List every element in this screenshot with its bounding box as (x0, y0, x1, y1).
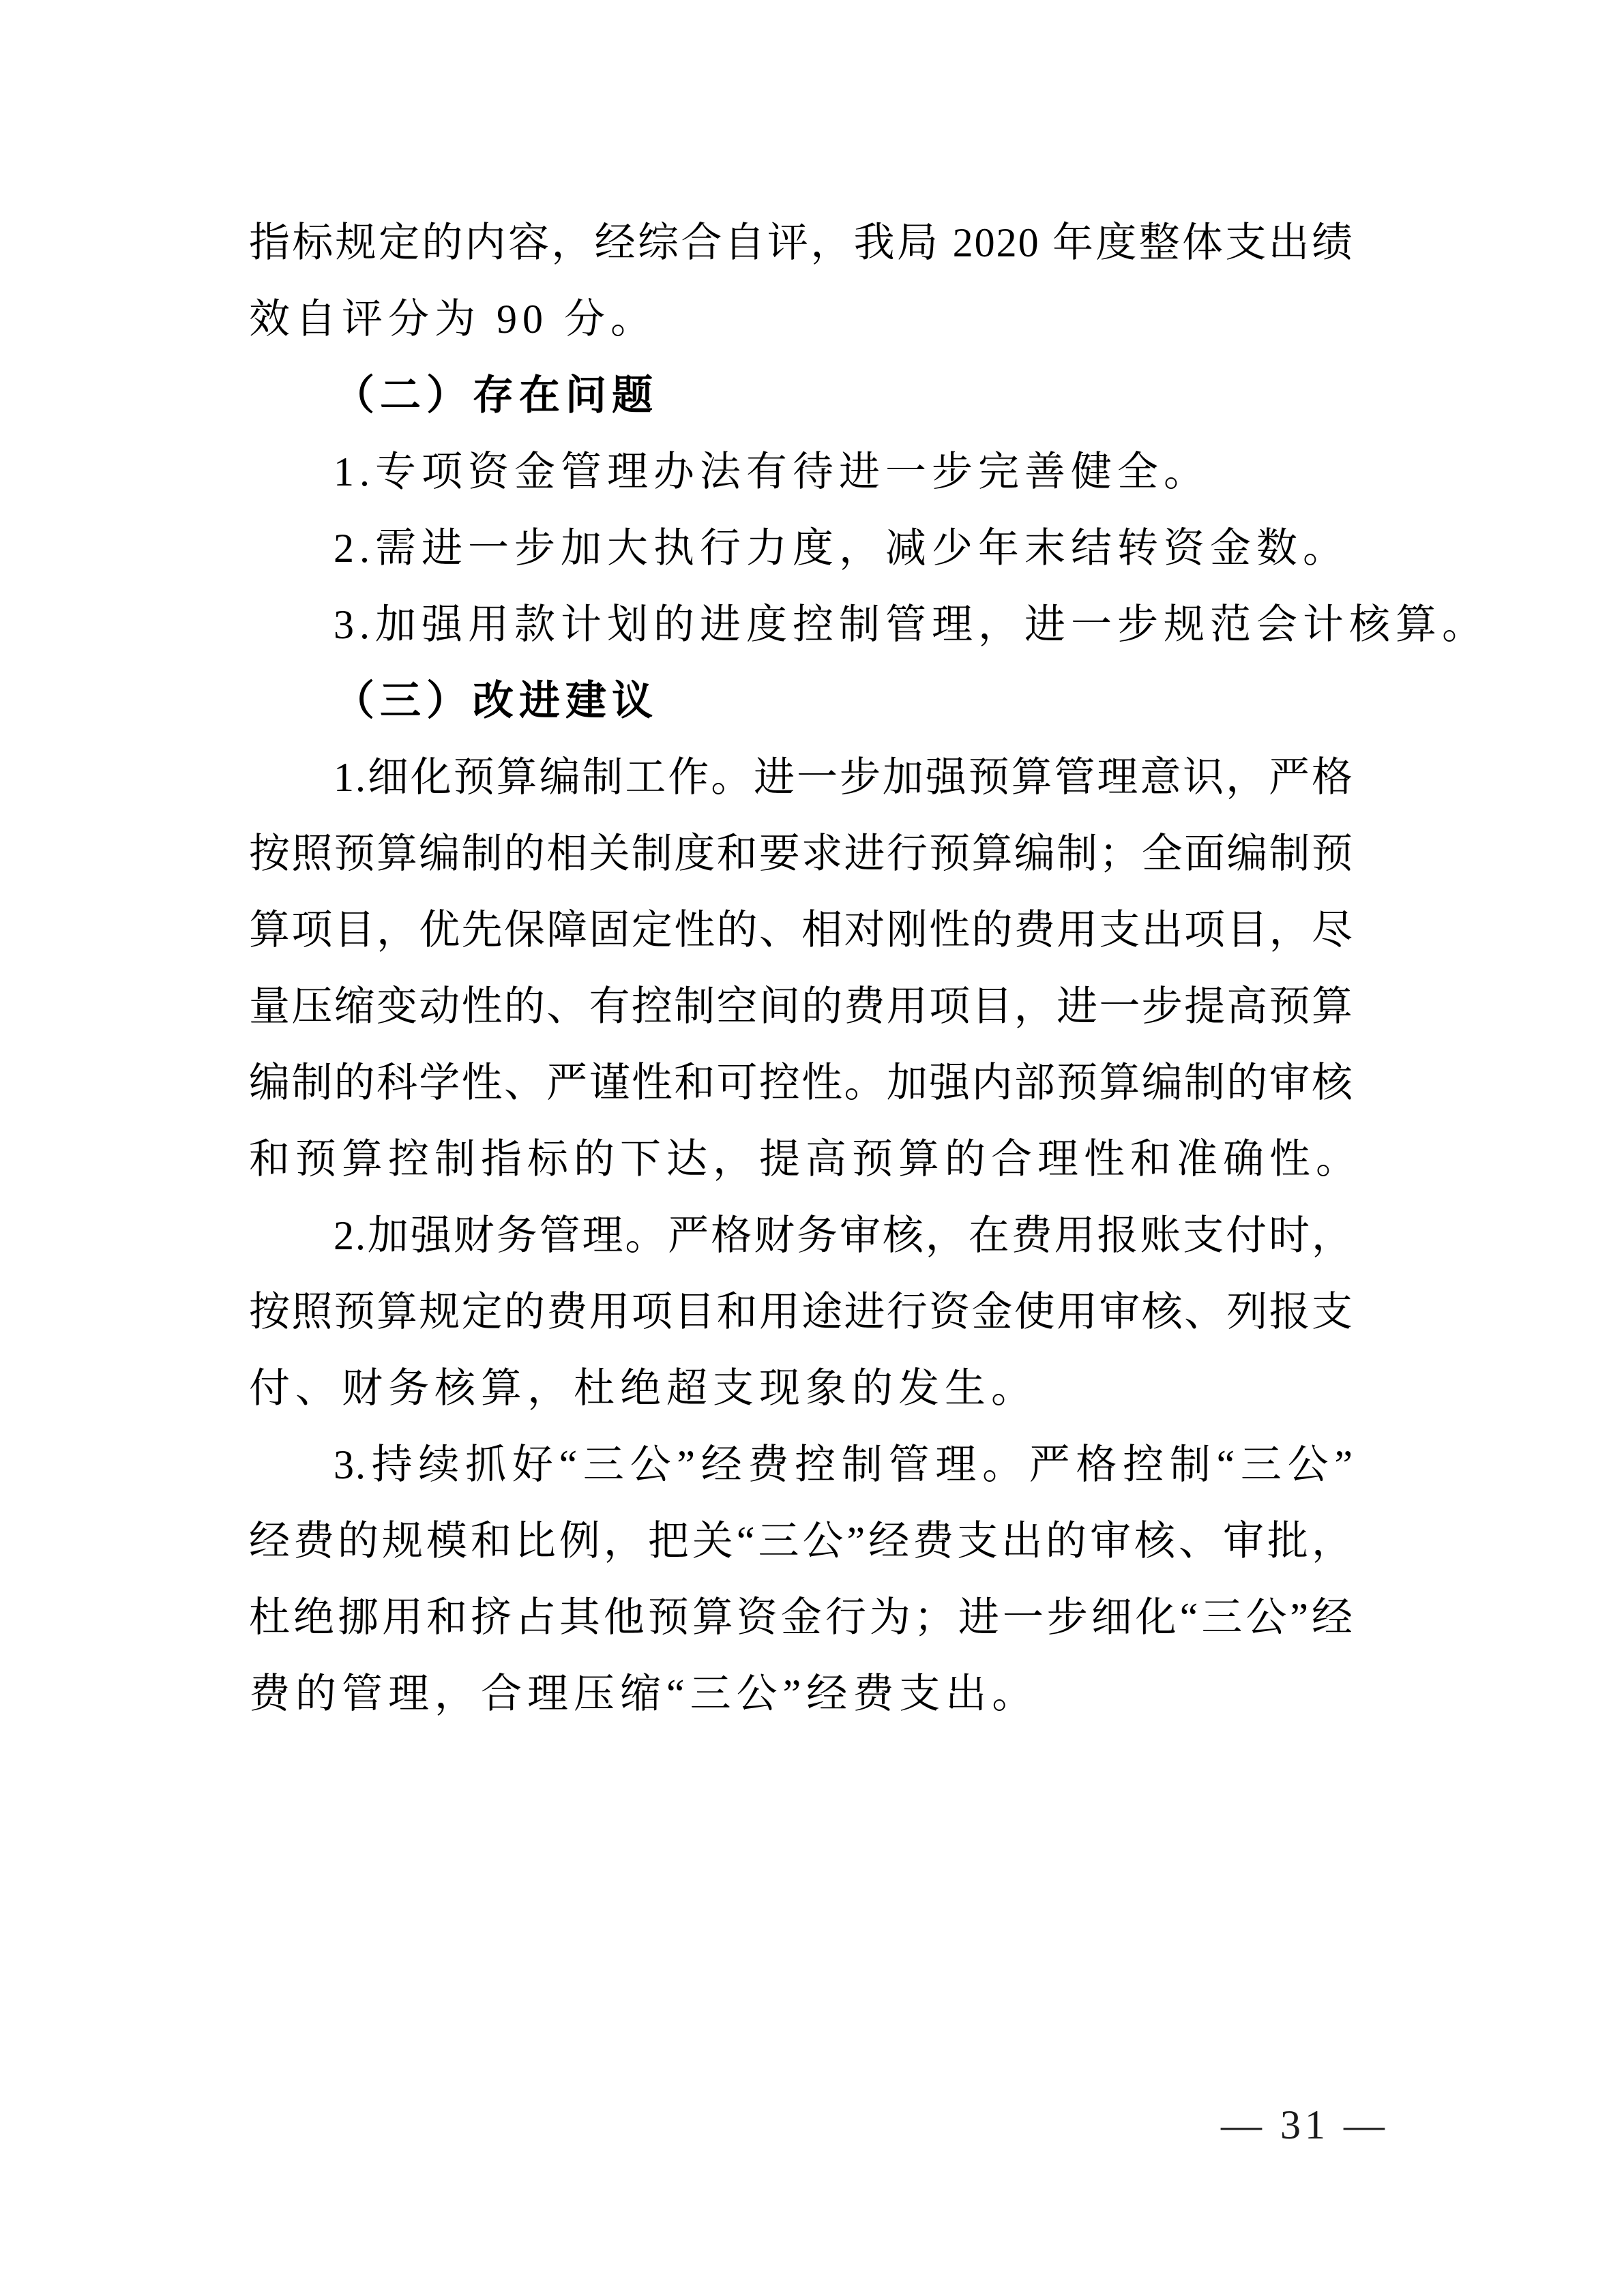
text-line: 3.持续抓好“三公”经费控制管理。严格控制“三公” (249, 1427, 1354, 1503)
section-heading-line: （二）存在问题 (249, 357, 1354, 434)
text-line: 编制的科学性、严谨性和可控性。加强内部预算编制的审核 (249, 1045, 1354, 1121)
text-line: 经费的规模和比例，把关“三公”经费支出的审核、审批， (249, 1503, 1354, 1579)
text-line: 按照预算规定的费用项目和用途进行资金使用审核、列报支 (249, 1274, 1354, 1350)
text-line: 算项目，优先保障固定性的、相对刚性的费用支出项目，尽 (249, 892, 1354, 968)
text-line: 2.加强财务管理。严格财务审核，在费用报账支付时， (249, 1197, 1354, 1274)
section-heading-line: （三）改进建议 (249, 663, 1354, 739)
text-line: 按照预算编制的相关制度和要求进行预算编制；全面编制预 (249, 816, 1354, 892)
page-number: — 31 — (1221, 2104, 1389, 2146)
text-line: 效自评分为 90 分。 (249, 281, 1354, 357)
text-line: 3.加强用款计划的进度控制管理，进一步规范会计核算。 (249, 586, 1354, 663)
text-line: 1.细化预算编制工作。进一步加强预算管理意识，严格 (249, 739, 1354, 816)
text-line: 指标规定的内容，经综合自评，我局 2020 年度整体支出绩 (249, 205, 1354, 281)
document-page: 指标规定的内容，经综合自评，我局 2020 年度整体支出绩效自评分为 90 分。… (0, 0, 1624, 2296)
text-line: 付、财务核算，杜绝超支现象的发生。 (249, 1350, 1354, 1427)
text-block: 指标规定的内容，经综合自评，我局 2020 年度整体支出绩效自评分为 90 分。… (249, 205, 1354, 1732)
text-line: 量压缩变动性的、有控制空间的费用项目，进一步提高预算 (249, 968, 1354, 1045)
text-line: 和预算控制指标的下达，提高预算的合理性和准确性。 (249, 1121, 1354, 1197)
text-line: 费的管理，合理压缩“三公”经费支出。 (249, 1656, 1354, 1732)
text-line: 杜绝挪用和挤占其他预算资金行为；进一步细化“三公”经 (249, 1579, 1354, 1656)
text-line: 1.专项资金管理办法有待进一步完善健全。 (249, 434, 1354, 510)
text-line: 2.需进一步加大执行力度，减少年末结转资金数。 (249, 510, 1354, 586)
